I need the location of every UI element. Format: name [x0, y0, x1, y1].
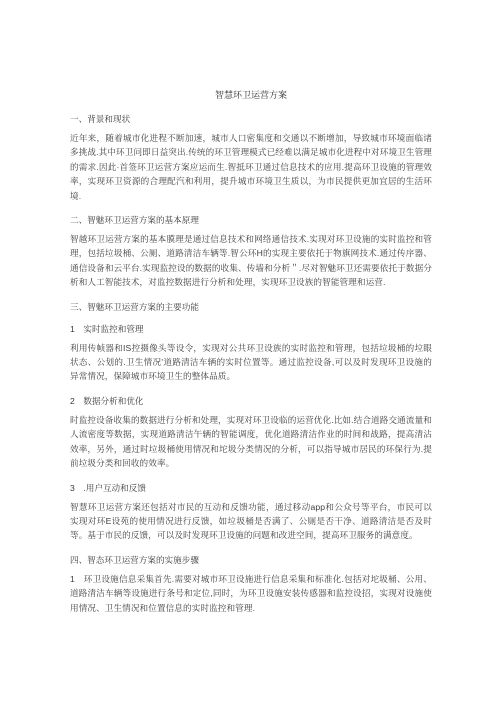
section-principle-paragraph: 智越环卫运营方案的基本膜理是通过信息技术和网络通信技术.实现对环卫设施的实时监控…	[70, 232, 432, 290]
document-title: 智慧环卫运营方案	[70, 88, 432, 102]
subsection-heading-data-analysis: 2 数据分析和优化	[70, 394, 432, 408]
section-heading-principle: 二、智魅环卫运营方案的基本原理	[70, 213, 432, 227]
section-heading-functions: 三、智魅环卫运营方案的主要功能	[70, 300, 432, 314]
subsection-heading-monitoring: 1 实时监控和管理	[70, 322, 432, 336]
subsection-data-analysis-paragraph: 时监控设备收集的数据进行分析和处理，实现对环卫设临的运营优化.比如.结合道路交通…	[70, 413, 432, 471]
section-implementation-paragraph: 1 环卫设施信息采集首先.需要对城市环卫设施进行信息采集和标准化.包括对坨圾桶、…	[70, 572, 432, 615]
document-page: 智慧环卫运营方案 一、背景和现状 近年来，随着城市化进程不断加速，城市人口密集度…	[0, 0, 500, 707]
subsection-heading-user-feedback: 3 .用户互动和反馈	[70, 481, 432, 495]
section-heading-background: 一、背景和现状	[70, 112, 432, 126]
subsection-user-feedback-paragraph: 智慧环卫运营方案还包括对市民的互动和反馈功能，通过移动app和公众号等平台，市民…	[70, 500, 432, 543]
section-heading-implementation: 四、智态环卫运营方案的实施步骤	[70, 553, 432, 567]
subsection-monitoring-paragraph: 利用传帧器和IS控摄像头等设令，实现对公共环卫设族的实时监控和管理，包括垃圾桶的…	[70, 341, 432, 384]
section-background-paragraph: 近年来，随着城市化进程不断加速，城市人口密集度和交通以不断增加，导致城市环境面临…	[70, 131, 432, 203]
document-content: 智慧环卫运营方案 一、背景和现状 近年来，随着城市化进程不断加速，城市人口密集度…	[70, 88, 432, 625]
